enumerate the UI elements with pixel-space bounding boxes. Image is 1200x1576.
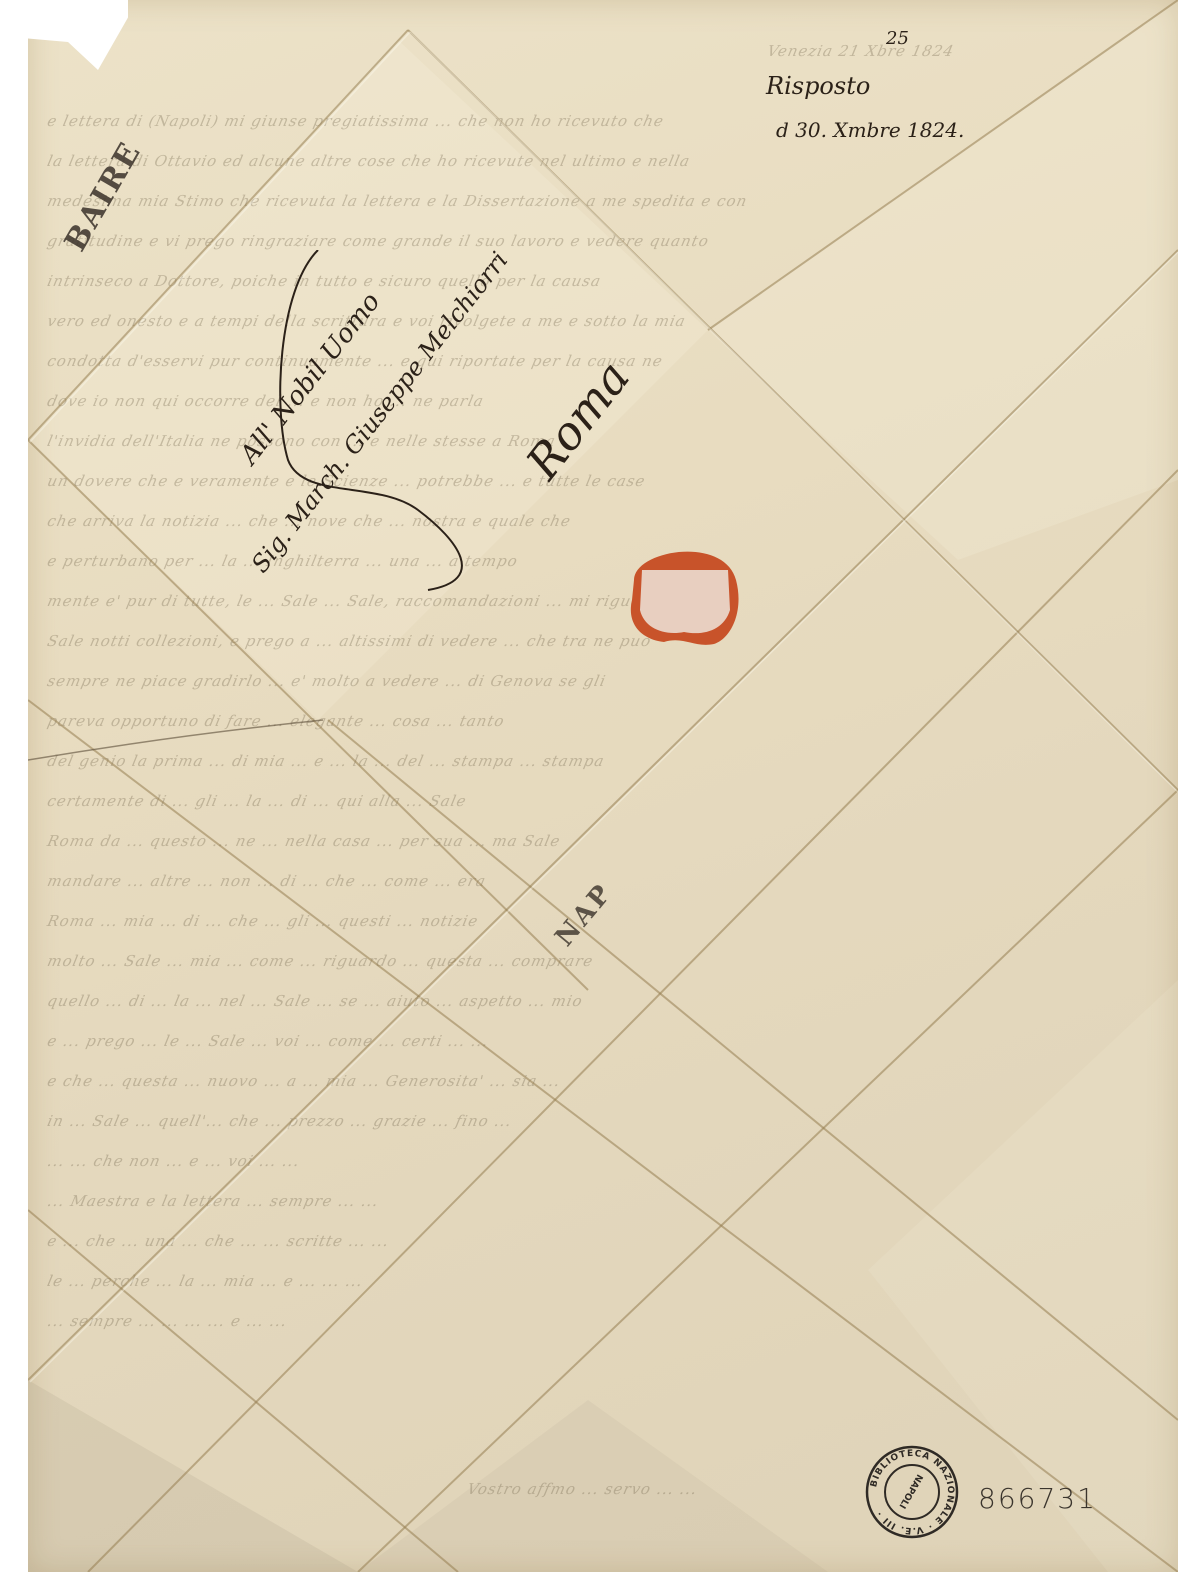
svg-text:NAPOLI: NAPOLI xyxy=(896,1472,924,1510)
bleed-line: mandare ... altre ... non ... di ... che… xyxy=(47,872,488,886)
bleed-line: le ... perche ... la ... mia ... e ... .… xyxy=(47,1272,365,1286)
bleed-line: Venezia 21 Xbre 1824 xyxy=(767,42,956,56)
bleed-line: ... sempre ... ... ... ... e ... ... xyxy=(47,1312,290,1326)
wax-seal-icon xyxy=(624,540,744,652)
bleed-line: Vostro affmo ... servo ... ... xyxy=(467,1480,700,1494)
bleed-line: Roma ... mia ... di ... che ... gli ... … xyxy=(47,912,481,926)
bleed-line: Sale notti collezioni, e prego a ... alt… xyxy=(47,632,654,646)
bleed-line: e ... che ... una ... che ... ... scritt… xyxy=(47,1232,392,1246)
bleed-line: ... Maestra e la lettera ... sempre ... … xyxy=(47,1192,381,1206)
bleed-line: molto ... Sale ... mia ... come ... rigu… xyxy=(47,952,596,966)
bleed-line: quello ... di ... la ... nel ... Sale ..… xyxy=(47,992,585,1006)
bleed-line: in ... Sale ... quell'... che ... prezzo… xyxy=(47,1112,514,1126)
bleed-line: certamente di ... gli ... la ... di ... … xyxy=(47,792,469,806)
letter-sheet: Venezia 21 Xbre 1824 e lettera di (Napol… xyxy=(28,0,1178,1572)
folio-number: 25 xyxy=(886,28,909,49)
bleed-line: del genio la prima ... di mia ... e ... … xyxy=(47,752,607,766)
reply-label: Risposto xyxy=(766,72,870,100)
reply-date: d 30. Xmbre 1824. xyxy=(776,118,964,142)
bleed-line: e ... prego ... le ... Sale ... voi ... … xyxy=(47,1032,491,1046)
bleed-line: e lettera di (Napoli) mi giunse pregiati… xyxy=(47,112,666,126)
bleed-through-text: Venezia 21 Xbre 1824 e lettera di (Napol… xyxy=(28,0,1178,1572)
bleed-line: pareva opportuno di fare ... elegante ..… xyxy=(47,712,507,726)
inventory-number: 866731 xyxy=(978,1482,1097,1515)
bleed-line: ... ... che non ... e ... voi ... ... xyxy=(47,1152,302,1166)
bleed-line: medesima mia Stimo che ricevuta la lette… xyxy=(47,192,750,206)
bleed-line: gratitudine e vi prego ringraziare come … xyxy=(47,232,711,246)
address-block: All' Nobil Uomo Sig. March. Giuseppe Mel… xyxy=(258,250,678,580)
bleed-line: sempre ne piace gradirlo ... e' molto a … xyxy=(47,672,608,686)
bleed-line: Roma da ... questo ... ne ... nella casa… xyxy=(47,832,563,846)
library-stamp-icon: BIBLIOTECA NAZIONALE · V.E. III · NAPOLI xyxy=(864,1444,960,1540)
bleed-line: e che ... questa ... nuovo ... a ... mia… xyxy=(47,1072,563,1086)
